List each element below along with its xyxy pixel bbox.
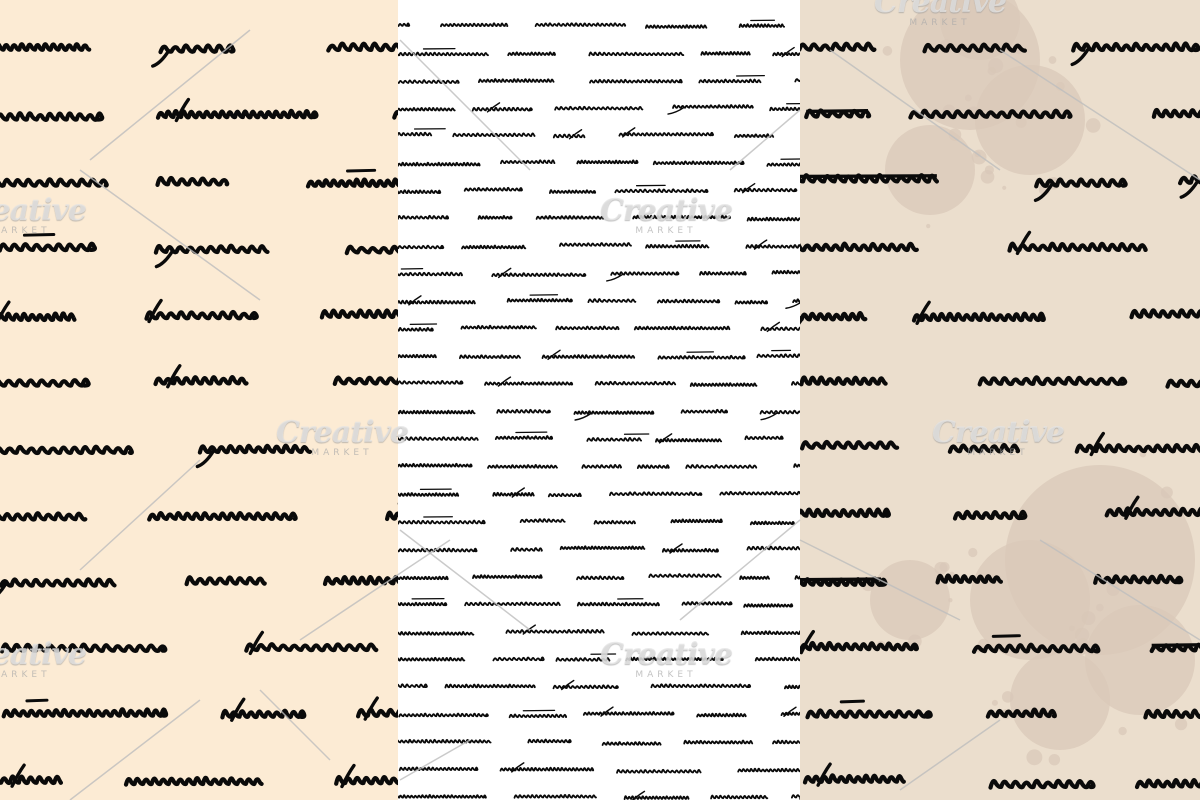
panel-white bbox=[398, 0, 800, 800]
ink-stain bbox=[975, 65, 1085, 175]
handwriting-lines bbox=[0, 44, 398, 787]
handwriting-pattern bbox=[398, 0, 800, 800]
handwriting-pattern bbox=[0, 0, 398, 800]
ink-stain bbox=[1010, 650, 1110, 750]
handwriting-lines bbox=[398, 20, 800, 800]
panel-cream bbox=[0, 0, 398, 800]
handwriting-pattern bbox=[800, 0, 1200, 800]
pattern-preview: Creative MARKET Creative MARKET Creative… bbox=[0, 0, 1200, 800]
panel-vintage bbox=[800, 0, 1200, 800]
ink-stain bbox=[885, 125, 975, 215]
